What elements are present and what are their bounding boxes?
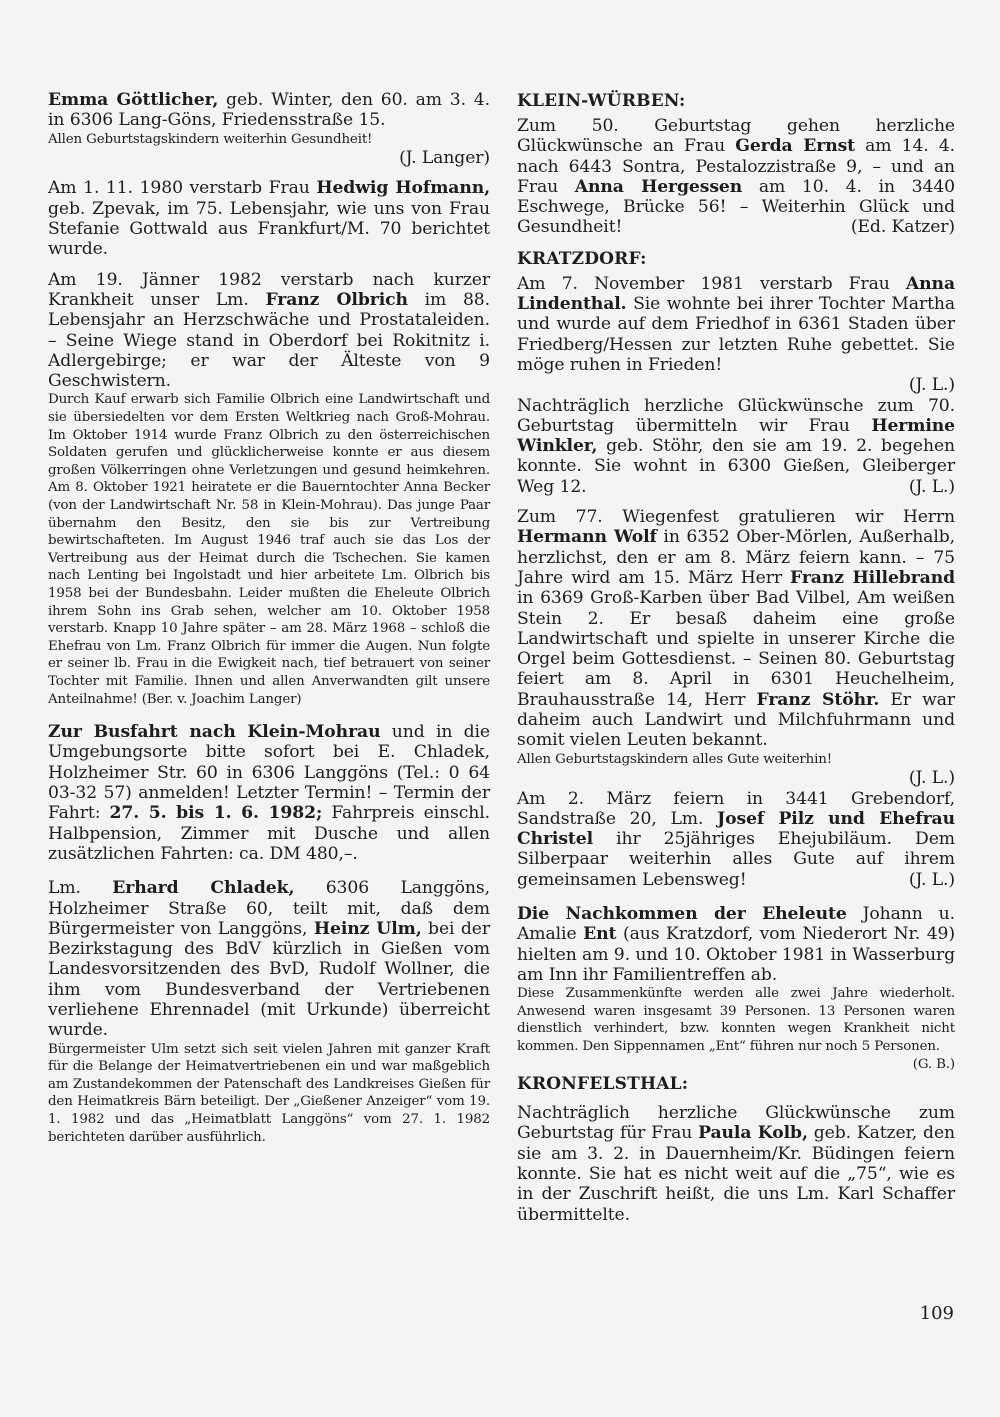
signature: (J. L.)	[909, 870, 955, 890]
article-winkler-birthday: Nachträglich herzliche Glückwünsche zum …	[517, 396, 955, 497]
signature: (J. L.)	[517, 375, 955, 395]
signature: (J. L.)	[517, 768, 955, 788]
article-kolb-birthday: Nachträglich herzliche Glückwünsche zum …	[517, 1103, 955, 1225]
article-klein-wuerben-birthdays: Zum 50. Geburtstag gehen herzliche Glück…	[517, 116, 955, 238]
article-title: Zur Busfahrt nach Klein-Mohrau	[48, 722, 380, 742]
article-text: Am 7. November 1981 verstarb Frau	[517, 274, 906, 294]
signature: (J. L.)	[909, 477, 955, 497]
person-name: Franz Stöhr.	[757, 690, 880, 710]
person-name: Franz Olbrich	[265, 290, 407, 310]
article-bus-trip: Zur Busfahrt nach Klein-Mohrau und in di…	[48, 722, 490, 864]
person-name: Ent	[583, 924, 616, 944]
left-column: Emma Göttlicher, geb. Winter, den 60. am…	[48, 90, 490, 1146]
signature: (G. B.)	[517, 1056, 955, 1074]
article-hofmann-obituary: Am 1. 11. 1980 verstarb Frau Hedwig Hofm…	[48, 178, 490, 259]
section-heading-kronfelsthal: KRONFELSTHAL:	[517, 1073, 955, 1095]
section-heading-kratzdorf: KRATZDORF:	[517, 248, 955, 270]
olbrich-biography: Durch Kauf erwarb sich Familie Olbrich e…	[48, 391, 490, 708]
person-name: Erhard Chladek,	[112, 878, 294, 898]
ent-reunion-details: Diese Zusammenkünfte werden alle zwei Ja…	[517, 985, 955, 1055]
section-heading-klein-wuerben: KLEIN-WÜRBEN:	[517, 90, 955, 112]
person-name: Anna Hergessen	[575, 177, 742, 197]
person-name: Hedwig Hofmann,	[316, 178, 490, 198]
person-name: Paula Kolb,	[698, 1123, 808, 1143]
trip-dates: 27. 5. bis 1. 6. 1982;	[110, 803, 323, 823]
small-print-wishes: Allen Geburtstagskindern weiterhin Gesun…	[48, 131, 490, 149]
article-ent-family-reunion: Die Nachkommen der Eheleute Johann u. Am…	[517, 904, 955, 985]
small-print-wishes: Allen Geburtstagskindern alles Gute weit…	[517, 751, 955, 769]
article-lindenthal-obituary: Am 7. November 1981 verstarb Frau Anna L…	[517, 274, 955, 375]
page-number: 109	[920, 1303, 954, 1324]
article-text: Zum 77. Wiegenfest gratulieren wir Herrn	[517, 507, 955, 527]
right-column: KLEIN-WÜRBEN: Zum 50. Geburtstag gehen h…	[517, 90, 955, 1225]
article-pilz-anniversary: Am 2. März feiern in 3441 Grebendorf, Sa…	[517, 789, 955, 890]
signature: (J. Langer)	[48, 148, 490, 168]
ulm-details: Bürgermeister Ulm setzt sich seit vielen…	[48, 1041, 490, 1147]
person-name: Emma Göttlicher,	[48, 90, 218, 110]
person-name: Franz Hillebrand	[790, 568, 955, 588]
article-olbrich-obituary: Am 19. Jänner 1982 verstarb nach kurzer …	[48, 270, 490, 392]
article-title: Die Nachkommen der Eheleute	[517, 904, 847, 924]
signature: (Ed. Katzer)	[851, 217, 955, 237]
article-goettlicher-birthday: Emma Göttlicher, geb. Winter, den 60. am…	[48, 90, 490, 131]
article-text: Lm.	[48, 878, 112, 898]
person-name: Heinz Ulm,	[314, 919, 422, 939]
person-name: Hermann Wolf	[517, 527, 657, 547]
article-text: Am 1. 11. 1980 verstarb Frau	[48, 178, 316, 198]
article-text: geb. Zpevak, im 75. Lebensjahr, wie uns …	[48, 199, 490, 260]
article-chladek-ulm: Lm. Erhard Chladek, 6306 Langgöns, Holzh…	[48, 878, 490, 1040]
person-name: Gerda Ernst	[735, 136, 855, 156]
article-wolf-hillebrand-stoehr: Zum 77. Wiegenfest gratulieren wir Herrn…	[517, 507, 955, 751]
